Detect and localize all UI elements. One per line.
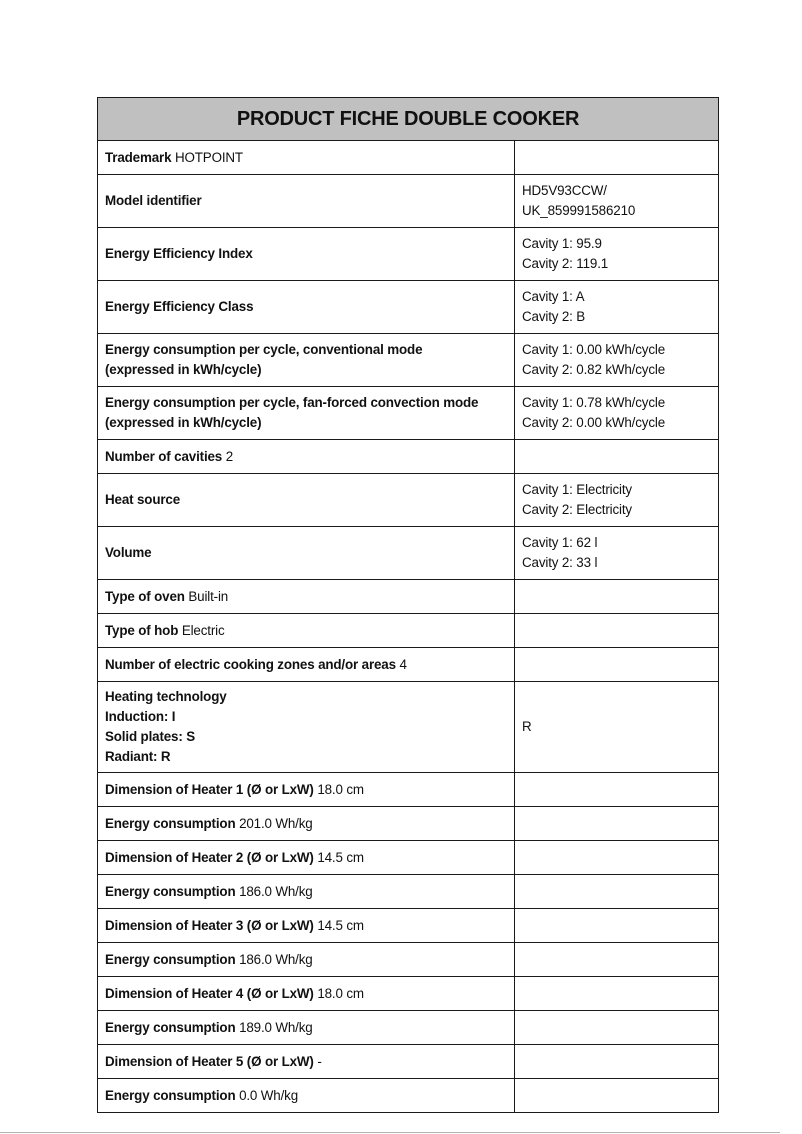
table-row: Model identifierHD5V93CCW/UK_85999158621… — [98, 175, 719, 228]
row-inline-value: HOTPOINT — [175, 150, 243, 165]
row-value-cell: R — [515, 682, 719, 773]
row-label: Dimension of Heater 5 (Ø or LxW) — [105, 1054, 314, 1069]
row-value-line: Cavity 1: 0.00 kWh/cycle — [522, 340, 711, 360]
row-label-line: Induction: I — [105, 707, 507, 727]
table-row: Dimension of Heater 1 (Ø or LxW) 18.0 cm — [98, 773, 719, 807]
row-label: Model identifier — [105, 193, 202, 208]
row-inline-value: 4 — [399, 657, 406, 672]
row-label-cell: Energy consumption 0.0 Wh/kg — [98, 1079, 515, 1113]
row-label-cell: Dimension of Heater 2 (Ø or LxW) 14.5 cm — [98, 841, 515, 875]
table-row: Dimension of Heater 2 (Ø or LxW) 14.5 cm — [98, 841, 719, 875]
table-row: Energy consumption 189.0 Wh/kg — [98, 1011, 719, 1045]
row-label: Number of cavities — [105, 449, 222, 464]
row-inline-value: - — [317, 1054, 321, 1069]
table-row: Heating technologyInduction: ISolid plat… — [98, 682, 719, 773]
row-value-cell: Cavity 1: 95.9Cavity 2: 119.1 — [515, 228, 719, 281]
row-value-line: Cavity 1: 0.78 kWh/cycle — [522, 393, 711, 413]
row-label-line: (expressed in kWh/cycle) — [105, 360, 507, 380]
row-label-cell: Heat source — [98, 474, 515, 527]
row-inline-value: 189.0 Wh/kg — [239, 1020, 313, 1035]
table-row: VolumeCavity 1: 62 lCavity 2: 33 l — [98, 527, 719, 580]
row-value-line: Cavity 2: B — [522, 307, 711, 327]
row-label-cell: Number of electric cooking zones and/or … — [98, 648, 515, 682]
table-row: Energy consumption per cycle, fan-forced… — [98, 387, 719, 440]
row-label: Number of electric cooking zones and/or … — [105, 657, 396, 672]
row-label: Dimension of Heater 4 (Ø or LxW) — [105, 986, 314, 1001]
row-value-cell — [515, 841, 719, 875]
row-label-cell: Energy Efficiency Index — [98, 228, 515, 281]
row-label: Dimension of Heater 1 (Ø or LxW) — [105, 782, 314, 797]
row-label-line: Energy consumption per cycle, convention… — [105, 340, 507, 360]
row-label-line: (expressed in kWh/cycle) — [105, 413, 507, 433]
row-value-cell — [515, 773, 719, 807]
row-value-cell: Cavity 1: ElectricityCavity 2: Electrici… — [515, 474, 719, 527]
row-value-cell — [515, 909, 719, 943]
table-row: Energy consumption 186.0 Wh/kg — [98, 875, 719, 909]
page-bottom-divider — [0, 1132, 780, 1133]
row-inline-value: 14.5 cm — [317, 850, 364, 865]
row-label-cell: Energy consumption per cycle, convention… — [98, 334, 515, 387]
row-value-line: Cavity 1: Electricity — [522, 480, 711, 500]
table-row: Type of hob Electric — [98, 614, 719, 648]
row-value-cell: Cavity 1: 0.78 kWh/cycleCavity 2: 0.00 k… — [515, 387, 719, 440]
row-value-cell — [515, 648, 719, 682]
row-inline-value: 0.0 Wh/kg — [239, 1088, 298, 1103]
row-label-cell: Volume — [98, 527, 515, 580]
table-row: Dimension of Heater 5 (Ø or LxW) - — [98, 1045, 719, 1079]
row-value-cell — [515, 1079, 719, 1113]
row-value-line: UK_859991586210 — [522, 201, 711, 221]
row-label: Volume — [105, 545, 151, 560]
row-inline-value: 186.0 Wh/kg — [239, 884, 313, 899]
table-row: Type of oven Built-in — [98, 580, 719, 614]
row-value-cell: HD5V93CCW/UK_859991586210 — [515, 175, 719, 228]
row-label-cell: Energy consumption per cycle, fan-forced… — [98, 387, 515, 440]
row-inline-value: 201.0 Wh/kg — [239, 816, 313, 831]
row-value-line: Cavity 2: 0.00 kWh/cycle — [522, 413, 711, 433]
row-value-line: Cavity 1: A — [522, 287, 711, 307]
row-inline-value: Built-in — [188, 589, 228, 604]
table-row: Dimension of Heater 4 (Ø or LxW) 18.0 cm — [98, 977, 719, 1011]
row-label-cell: Heating technologyInduction: ISolid plat… — [98, 682, 515, 773]
row-inline-value: 18.0 cm — [317, 986, 364, 1001]
row-label: Energy consumption — [105, 816, 235, 831]
row-value-line: Cavity 2: Electricity — [522, 500, 711, 520]
row-label-line: Heating technology — [105, 687, 507, 707]
row-value-cell — [515, 977, 719, 1011]
row-label-line: Solid plates: S — [105, 727, 507, 747]
row-label: Dimension of Heater 3 (Ø or LxW) — [105, 918, 314, 933]
row-label: Energy consumption — [105, 1088, 235, 1103]
row-value-cell — [515, 807, 719, 841]
row-label-cell: Dimension of Heater 3 (Ø or LxW) 14.5 cm — [98, 909, 515, 943]
row-label: Dimension of Heater 2 (Ø or LxW) — [105, 850, 314, 865]
row-value-cell: Cavity 1: 0.00 kWh/cycleCavity 2: 0.82 k… — [515, 334, 719, 387]
table-row: Trademark HOTPOINT — [98, 141, 719, 175]
document-title: PRODUCT FICHE DOUBLE COOKER — [98, 98, 719, 141]
row-label: Energy consumption — [105, 884, 235, 899]
row-inline-value: 2 — [226, 449, 233, 464]
table-row: Energy Efficiency ClassCavity 1: ACavity… — [98, 281, 719, 334]
row-inline-value: 18.0 cm — [317, 782, 364, 797]
row-label-cell: Type of hob Electric — [98, 614, 515, 648]
row-label: Type of hob — [105, 623, 178, 638]
row-value-cell: Cavity 1: ACavity 2: B — [515, 281, 719, 334]
row-label-cell: Number of cavities 2 — [98, 440, 515, 474]
row-label-cell: Energy consumption 201.0 Wh/kg — [98, 807, 515, 841]
row-label-cell: Model identifier — [98, 175, 515, 228]
row-value-cell — [515, 1045, 719, 1079]
row-value-cell — [515, 614, 719, 648]
row-label-cell: Trademark HOTPOINT — [98, 141, 515, 175]
product-fiche-table: PRODUCT FICHE DOUBLE COOKER Trademark HO… — [97, 97, 719, 1113]
row-label: Energy Efficiency Index — [105, 246, 253, 261]
row-value-cell — [515, 440, 719, 474]
row-value-line: R — [522, 717, 711, 737]
row-value-cell — [515, 141, 719, 175]
table-row: Energy consumption 0.0 Wh/kg — [98, 1079, 719, 1113]
row-label: Energy Efficiency Class — [105, 299, 253, 314]
row-label-cell: Energy Efficiency Class — [98, 281, 515, 334]
row-label: Heat source — [105, 492, 180, 507]
row-value-cell: Cavity 1: 62 lCavity 2: 33 l — [515, 527, 719, 580]
row-value-line: Cavity 2: 119.1 — [522, 254, 711, 274]
row-label: Trademark — [105, 150, 171, 165]
table-row: Dimension of Heater 3 (Ø or LxW) 14.5 cm — [98, 909, 719, 943]
row-label-line: Energy consumption per cycle, fan-forced… — [105, 393, 507, 413]
row-value-cell — [515, 580, 719, 614]
row-label-cell: Energy consumption 189.0 Wh/kg — [98, 1011, 515, 1045]
table-row: Energy consumption per cycle, convention… — [98, 334, 719, 387]
row-label: Energy consumption — [105, 1020, 235, 1035]
table-row: Number of cavities 2 — [98, 440, 719, 474]
table-row: Heat sourceCavity 1: ElectricityCavity 2… — [98, 474, 719, 527]
row-value-line: Cavity 1: 62 l — [522, 533, 711, 553]
row-value-cell — [515, 943, 719, 977]
row-inline-value: 186.0 Wh/kg — [239, 952, 313, 967]
row-value-line: Cavity 2: 0.82 kWh/cycle — [522, 360, 711, 380]
row-inline-value: Electric — [182, 623, 225, 638]
row-inline-value: 14.5 cm — [317, 918, 364, 933]
row-label-line: Radiant: R — [105, 747, 507, 767]
table-row: Energy Efficiency IndexCavity 1: 95.9Cav… — [98, 228, 719, 281]
row-label-cell: Energy consumption 186.0 Wh/kg — [98, 875, 515, 909]
row-value-cell — [515, 1011, 719, 1045]
row-label-cell: Dimension of Heater 1 (Ø or LxW) 18.0 cm — [98, 773, 515, 807]
row-value-line: HD5V93CCW/ — [522, 181, 711, 201]
row-value-line: Cavity 2: 33 l — [522, 553, 711, 573]
row-label-cell: Energy consumption 186.0 Wh/kg — [98, 943, 515, 977]
row-value-cell — [515, 875, 719, 909]
row-label: Energy consumption — [105, 952, 235, 967]
row-label: Type of oven — [105, 589, 185, 604]
row-value-line: Cavity 1: 95.9 — [522, 234, 711, 254]
row-label-cell: Type of oven Built-in — [98, 580, 515, 614]
table-row: Number of electric cooking zones and/or … — [98, 648, 719, 682]
row-label-cell: Dimension of Heater 5 (Ø or LxW) - — [98, 1045, 515, 1079]
table-row: Energy consumption 201.0 Wh/kg — [98, 807, 719, 841]
fiche-rows: Trademark HOTPOINTModel identifierHD5V93… — [98, 141, 719, 1113]
table-row: Energy consumption 186.0 Wh/kg — [98, 943, 719, 977]
row-label-cell: Dimension of Heater 4 (Ø or LxW) 18.0 cm — [98, 977, 515, 1011]
